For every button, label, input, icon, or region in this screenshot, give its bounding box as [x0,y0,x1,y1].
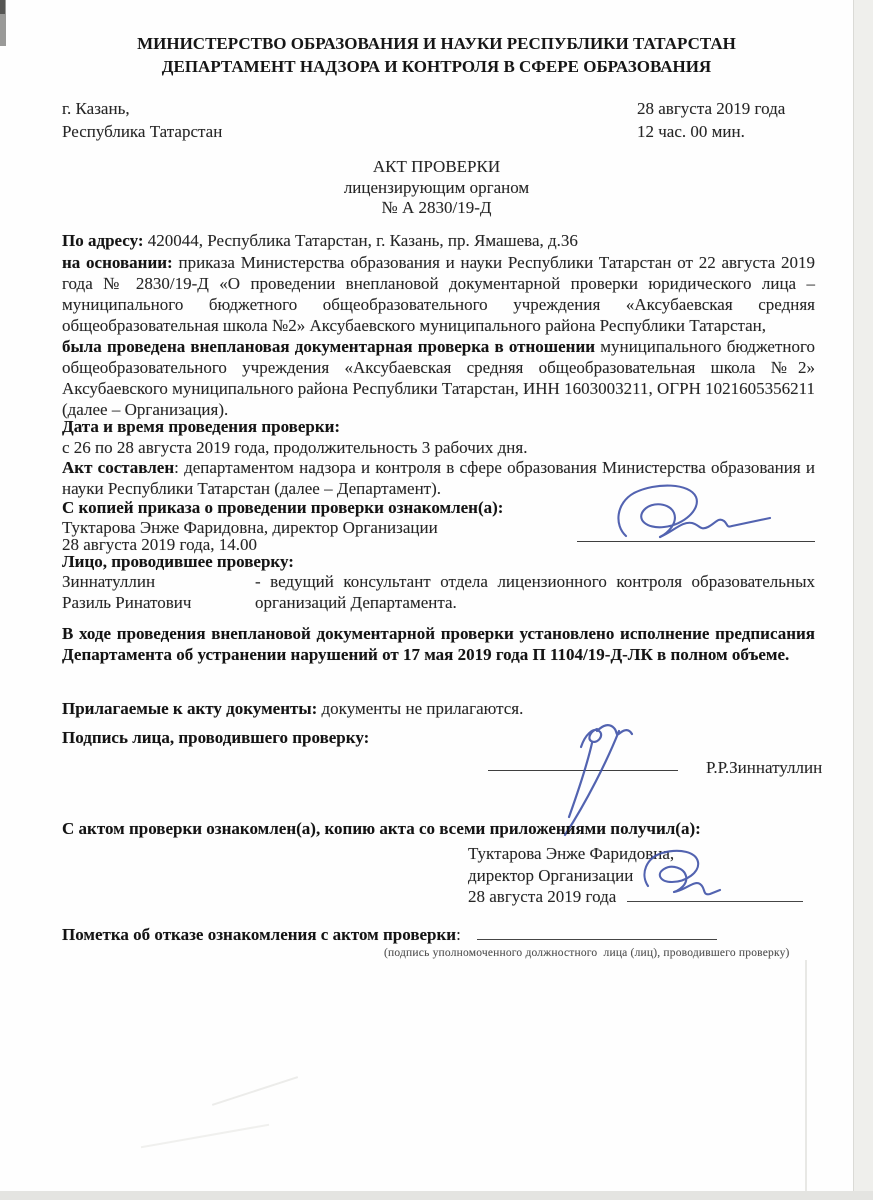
attachments-text: документы не прилагаются. [322,699,524,718]
scan-corner-mark [0,0,5,14]
inspector-role-line-1: - ведущий консультант отдела лицензионно… [255,571,815,592]
address-label: По адресу: [62,231,144,250]
basis-text: приказа Министерства образования и науки… [62,253,815,335]
refusal-label: Пометка об отказе ознакомления с актом п… [62,925,456,944]
inspector-name-line-1: Зиннатуллин [62,571,255,592]
scan-right-edge [853,0,873,1200]
conclusion-paragraph: В ходе проведения внеплановой документар… [62,623,815,665]
director-signature-icon [612,481,787,545]
issue-place: г. Казань, Республика Татарстан [62,97,222,143]
refusal-row: Пометка об отказе ознакомления с актом п… [62,924,815,945]
director-bottom-signature-icon [636,846,728,904]
composed-label: Акт составлен [62,458,174,477]
attachments-label: Прилагаемые к акту документы: [62,699,317,718]
scan-crease-mark-1 [212,1076,298,1106]
basis-paragraph: на основании: приказа Министерства образ… [62,252,815,336]
title-line-1: АКТ ПРОВЕРКИ [0,157,873,178]
issue-region: Республика Татарстан [62,120,222,143]
document-header: МИНИСТЕРСТВО ОБРАЗОВАНИЯ И НАУКИ РЕСПУБЛ… [0,32,873,78]
header-line-1: МИНИСТЕРСТВО ОБРАЗОВАНИЯ И НАУКИ РЕСПУБЛ… [0,32,873,55]
inspector-label: Лицо, проводившее проверку: [62,551,815,572]
signature-section-label: Подпись лица, проводившего проверку: [62,727,815,748]
scan-crease-vertical [805,960,807,1191]
issue-time: 12 час. 00 мин. [637,120,785,143]
refusal-signature-line [477,926,717,940]
issue-date: 28 августа 2019 года [637,97,785,120]
inspector-role-line-2: организаций Департамента. [255,592,815,613]
acquainted-label: С актом проверки ознакомлен(а), копию ак… [62,818,815,839]
inspector-name-line-2: Разиль Ринатович [62,592,255,613]
header-line-2: ДЕПАРТАМЕНТ НАДЗОРА И КОНТРОЛЯ В СФЕРЕ О… [0,55,873,78]
scan-crease-mark-2 [141,1124,269,1149]
issue-datetime: 28 августа 2019 года 12 час. 00 мин. [637,97,785,143]
refusal-colon: : [456,925,461,944]
document-title: АКТ ПРОВЕРКИ лицензирующим органом № А 2… [0,157,873,219]
datetime-text: с 26 по 28 августа 2019 года, продолжите… [62,437,815,458]
title-line-2: лицензирующим органом [0,178,873,199]
inspector-block: Зиннатуллин Разиль Ринатович - ведущий к… [62,571,815,613]
address-text: 420044, Республика Татарстан, г. Казань,… [148,231,578,250]
conducted-paragraph: была проведена внеплановая документарная… [62,336,815,420]
refusal-paragraph: Пометка об отказе ознакомления с актом п… [62,924,815,960]
address-paragraph: По адресу: 420044, Республика Татарстан,… [62,230,815,251]
issue-city: г. Казань, [62,97,222,120]
refusal-caption: (подпись уполномоченного должностного ли… [384,946,815,960]
title-number: № А 2830/19-Д [0,198,873,219]
conducted-label: была проведена внеплановая документарная… [62,337,595,356]
attachments-paragraph: Прилагаемые к акту документы: документы … [62,698,815,719]
basis-label: на основании: [62,253,173,272]
datetime-label: Дата и время проведения проверки: [62,416,815,437]
inspector-role-column: - ведущий консультант отдела лицензионно… [255,571,815,613]
scanned-document-page: МИНИСТЕРСТВО ОБРАЗОВАНИЯ И НАУКИ РЕСПУБЛ… [0,0,873,1200]
inspector-name-column: Зиннатуллин Разиль Ринатович [62,571,255,613]
acquainted-date: 28 августа 2019 года [468,887,616,906]
scan-bottom-edge [0,1191,873,1200]
inspector-signature-name: Р.Р.Зиннатуллин [706,757,822,778]
